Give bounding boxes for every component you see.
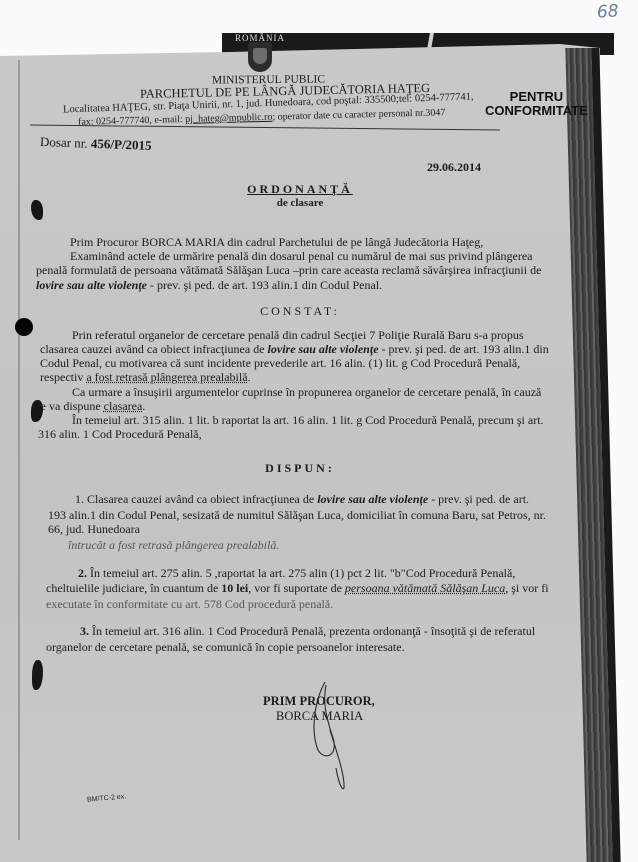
intro-line: lovire sau alte violenţe - prev. şi ped.… [36,278,382,294]
offense-name: lovire sau alte violenţe [317,492,428,506]
ruling-item-2-line: executate în conformitate cu art. 578 Co… [46,597,333,613]
offense-name: lovire sau alte violenţe [268,342,379,356]
operator-note: ; operator date cu caracter personal nr.… [272,107,445,123]
document-date: 29.06.2014 [427,160,481,175]
ruling-item-2: 2. În temeiul art. 275 alin. 5 ,raportat… [78,566,515,582]
text: În temeiul art. 316 alin. 1 Cod Procedur… [89,624,535,638]
underlined-text: clasarea [104,399,143,413]
document-content: ROMÂNIA MINISTERUL PUBLIC PARCHETUL DE P… [0,0,638,862]
stamp-line: PENTRU [485,90,588,104]
constat-line: 316 alin. 1 Cod Procedură Penală, [38,427,202,443]
text: - prev. şi ped. de art. [428,492,529,506]
document-subtitle: de clasare [0,197,600,209]
constat-heading: CONSTAT: [0,304,600,319]
ruling-item-3-line: organelor de cercetare penală, se comuni… [46,640,405,656]
ruling-item-2-line: cheltuielile judiciare, în cuantum de 10… [46,581,549,597]
text: 1. Clasarea cauzei având ca obiect infra… [75,492,317,506]
item-number: 3. [80,624,89,638]
text: , vor fi suportate de [248,581,345,595]
case-number-value: 456/P/2015 [91,136,152,153]
ruling-item-3: 3. În temeiul art. 316 alin. 1 Cod Proce… [80,624,535,640]
email-link[interactable]: pj_hateg@mpublic.ro [185,112,273,125]
text: . [248,370,251,384]
text: - prev. şi ped. de art. 193 alin.1 din [379,342,549,356]
ruling-item-1: 1. Clasarea cauzei având ca obiect infra… [75,492,529,508]
handwritten-signature [300,680,360,790]
scan-artifact [31,200,43,220]
text: , şi vor fi [505,581,548,595]
stamp-line: CONFORMITATE [485,104,588,118]
intro-line: penală formulată de persoana vătămată Să… [36,263,541,279]
ruling-item-1-reason: întrucât a fost retrasă plângerea preala… [68,538,279,554]
coat-of-arms-icon [248,42,272,72]
punch-hole [15,318,33,336]
case-number-label: Dosar nr. [40,134,88,151]
legal-reference: - prev. şi ped. de art. 193 alin.1 din C… [147,278,382,292]
text: . [142,399,145,413]
case-number: Dosar nr. 456/P/2015 [40,134,152,154]
header-divider [30,125,500,131]
text: respectiv [40,370,86,384]
conformity-stamp: PENTRU CONFORMITATE [485,90,588,118]
document-title: ORDONANŢĂ [0,182,600,197]
scan-artifact [32,660,43,690]
text: se va dispune [36,399,104,413]
item-number: 2. [78,566,87,580]
constat-line: respectiv a fost retrasă plângerea preal… [40,370,251,386]
party-name: persoana vătămată Sălăşan Luca [345,581,505,595]
scan-artifact [31,400,43,422]
underlined-text: a fost retrasă plângerea prealabilă [86,370,247,384]
ruling-item-1-line: 66, jud. Hunedoara [48,522,140,538]
text: clasarea cauzei având ca obiect infracţi… [40,342,268,356]
offense-name: lovire sau alte violenţe [36,278,147,292]
document-code: BM/TC-2 ex. [87,793,127,803]
dispun-heading: DISPUN: [0,461,600,476]
text: cheltuielile judiciare, în cuantum de [46,581,221,595]
amount: 10 lei [221,581,248,595]
text: În temeiul art. 275 alin. 5 ,raportat la… [87,566,515,580]
